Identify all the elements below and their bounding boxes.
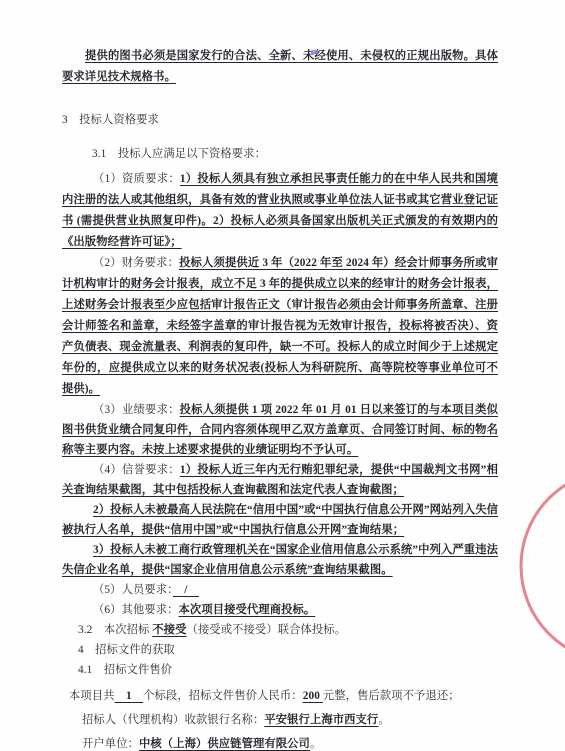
requirement-text: 平安银行上海市西支行 <box>264 714 378 726</box>
requirement-text: 200 <box>303 690 323 702</box>
text-run: （接受或不接受）联合体投标。 <box>187 624 347 636</box>
paragraph: 4 招标文件的获取 <box>78 640 498 660</box>
text-run: 开户单位： <box>82 738 139 750</box>
text-run: （6）其他要求： <box>93 604 179 616</box>
paragraph: 招标人（代理机构）收款银行名称：平安银行上海市西支行。 <box>82 708 498 732</box>
paragraph: （6）其他要求：本次项目接受代理商投标。 <box>62 600 498 620</box>
text-run: 本项目共 <box>69 690 115 702</box>
paragraph: 3.1 投标人应满足以下资格要求： <box>92 144 498 165</box>
text-run: （1）资质要求： <box>93 173 180 185</box>
requirement-text: 本次项目接受代理商投标。 <box>179 604 316 616</box>
text-run: 3.1 投标人应满足以下资格要求： <box>92 148 266 160</box>
stamp-ring <box>521 470 565 662</box>
paragraph: （4）信誉要求：1）投标人近三年内无行贿犯罪纪录，提供“中国裁判文书网”相关查询… <box>62 460 498 500</box>
paragraph: （1）资质要求：1）投标人须具有独立承担民事责任能力的在中华人民共和国境内注册的… <box>62 169 498 253</box>
requirement-text: 2）投标人未被最高人民法院在“信用中国”或“中国执行信息公开网”网站列入失信被执… <box>62 504 498 536</box>
red-seal-stamp: 中核（上海）供应链管理有限公司 <box>516 470 565 680</box>
document-body: 提供的图书必须是国家发行的合法、全新、未经使用、未侵权的正规出版物。具体要求详见… <box>62 46 498 751</box>
requirement-text: 不接受 <box>152 624 186 636</box>
text-run: 个标段，招标文件售价人民币： <box>143 690 303 702</box>
requirement-text: 投标人须提供近 3 年（2022 年至 2024 年）经会计师事务所或审计机构审… <box>62 257 498 395</box>
text-run: 。 <box>310 738 321 750</box>
requirement-text: 3）投标人未被工商行政管理机关在“国家企业信用信息公示系统”中列入严重违法失信企… <box>62 544 498 576</box>
paragraph: （2）财务要求：投标人须提供近 3 年（2022 年至 2024 年）经会计师事… <box>62 253 498 400</box>
paragraph: 本项目共 1 个标段，招标文件售价人民币：200 元整，售后款项不予退还； <box>69 684 498 708</box>
paragraph: 3）投标人未被工商行政管理机关在“国家企业信用信息公示系统”中列入严重违法失信企… <box>62 540 498 580</box>
requirement-text: 中核（上海）供应链管理有限公司 <box>139 738 310 750</box>
text-run: 4.1 招标文件售价 <box>78 664 172 676</box>
text-run: 。 <box>378 714 389 726</box>
text-run: 招标人（代理机构）收款银行名称： <box>82 714 264 726</box>
paragraph: （3）业绩要求：投标人须提供 1 项 2022 年 01 月 01 日以来签订的… <box>62 400 498 460</box>
paragraph: 开户单位：中核（上海）供应链管理有限公司。 <box>82 732 498 751</box>
requirement-text: 提供的图书必须是国家发行的合法、全新、未经使用、未侵权的正规出版物。具体要求详见… <box>62 50 498 83</box>
text-run: （4）信誉要求： <box>93 464 180 476</box>
paragraph: 3 投标人资格要求 <box>62 110 498 131</box>
text-run: （5）人员要求： <box>93 584 173 596</box>
text-run: 3.2 本次招标 <box>78 624 152 636</box>
requirement-text: 1 <box>115 690 144 702</box>
document-page: 提供的图书必须是国家发行的合法、全新、未经使用、未侵权的正规出版物。具体要求详见… <box>0 0 565 751</box>
paragraph: （5）人员要求： / <box>62 580 498 600</box>
text-run: 元整，售后款项不予退还； <box>323 690 460 702</box>
text-run: 3 投标人资格要求 <box>62 114 159 126</box>
text-run: 4 招标文件的获取 <box>78 644 175 656</box>
paragraph: 提供的图书必须是国家发行的合法、全新、未经使用、未侵权的正规出版物。具体要求详见… <box>62 46 498 88</box>
paragraph: 4.1 招标文件售价 <box>78 660 498 680</box>
scan-artifact-mark <box>311 50 318 54</box>
text-run: （2）财务要求： <box>93 257 179 269</box>
text-run: （3）业绩要求： <box>93 404 180 416</box>
paragraph: 3.2 本次招标 不接受（接受或不接受）联合体投标。 <box>78 620 498 640</box>
requirement-text: / <box>173 584 199 596</box>
paragraph: 2）投标人未被最高人民法院在“信用中国”或“中国执行信息公开网”网站列入失信被执… <box>62 500 498 540</box>
